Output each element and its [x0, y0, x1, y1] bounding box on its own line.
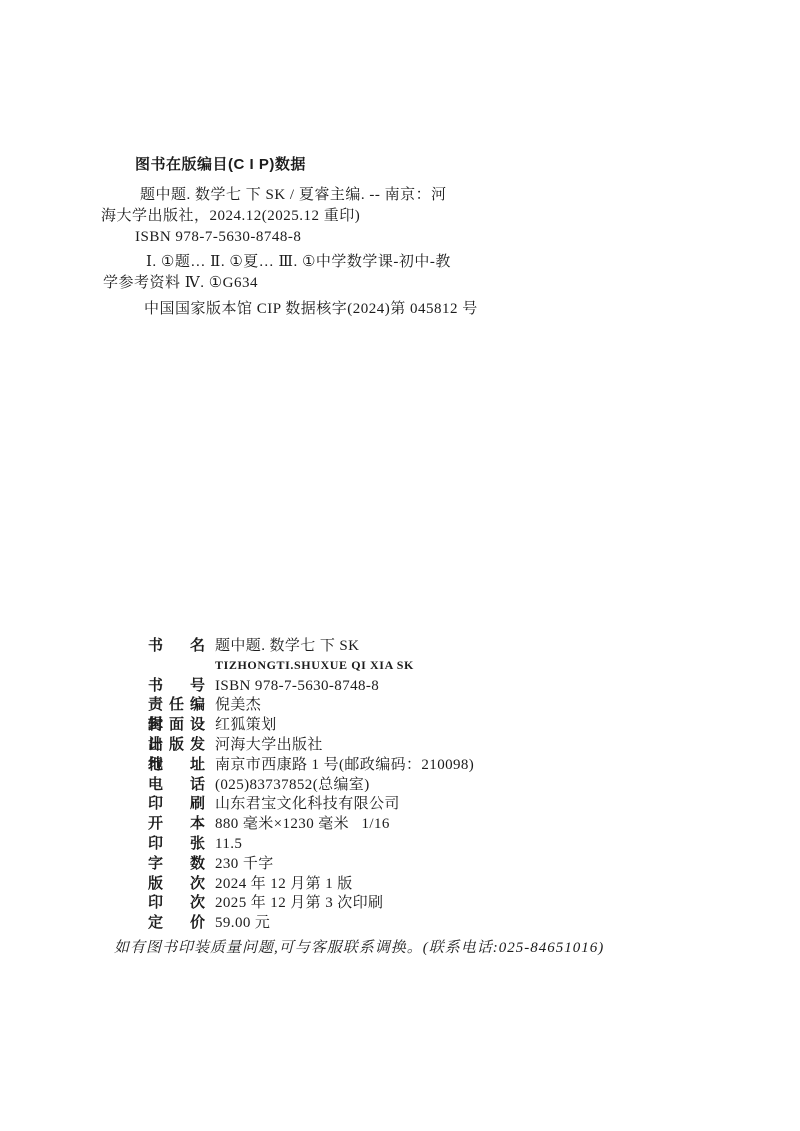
- colophon-label: 字数: [148, 854, 205, 874]
- colophon-row-sheets: 印张 11.5: [148, 834, 708, 854]
- colophon-row-book-title: 书名 题中题. 数学七 下 SK: [148, 636, 708, 656]
- colophon-label: 书名: [148, 636, 205, 656]
- cip-header: 图书在版编目(C I P)数据: [135, 154, 581, 175]
- colophon-value: 2025 年 12 月第 3 次印刷: [215, 894, 383, 914]
- cip-title-line: 题中题. 数学七 下 SK / 夏睿主编. -- 南京：河: [140, 185, 581, 206]
- colophon-value: ISBN 978-7-5630-8748-8: [215, 677, 379, 697]
- colophon-row-address: 地址 南京市西康路 1 号(邮政编码：210098): [148, 755, 708, 775]
- colophon-value: 59.00 元: [215, 914, 270, 934]
- colophon-row-publisher: 出版发行 河海大学出版社: [148, 735, 708, 755]
- colophon-value: (025)83737852(总编室): [215, 776, 370, 796]
- cip-section: 图书在版编目(C I P)数据 题中题. 数学七 下 SK / 夏睿主编. --…: [101, 154, 581, 320]
- cip-publisher-line: 海大学出版社，2024.12(2025.12 重印): [101, 206, 581, 227]
- colophon-value: 2024 年 12 月第 1 版: [215, 875, 353, 895]
- colophon-value: 倪美杰: [215, 696, 261, 716]
- colophon-row-word-count: 字数 230 千字: [148, 854, 708, 874]
- colophon-label: 印次: [148, 893, 205, 913]
- colophon-value: 山东君宝文化科技有限公司: [215, 795, 400, 815]
- colophon-value: TIZHONGTI.SHUXUE QI XIA SK: [215, 656, 414, 676]
- colophon-row-editor: 责任编辑 倪美杰: [148, 695, 708, 715]
- colophon-row-printer: 印刷 山东君宝文化科技有限公司: [148, 794, 708, 814]
- colophon-label: 书号: [148, 676, 205, 696]
- colophon-row-format: 开本 880 毫米×1230 毫米 1/16: [148, 814, 708, 834]
- cip-isbn-line: ISBN 978-7-5630-8748-8: [135, 227, 581, 248]
- colophon-value: 河海大学出版社: [215, 736, 323, 756]
- quality-service-note: 如有图书印装质量问题,可与客服联系调换。(联系电话:025-84651016): [114, 936, 714, 957]
- cip-classification-line-2: 学参考资料 Ⅳ. ①G634: [103, 273, 581, 294]
- colophon-label: 地址: [148, 755, 205, 775]
- colophon-label: 电话: [148, 775, 205, 795]
- colophon-value: 南京市西康路 1 号(邮政编码：210098): [215, 756, 474, 776]
- colophon-row-edition: 版次 2024 年 12 月第 1 版: [148, 874, 708, 894]
- colophon-row-isbn: 书号 ISBN 978-7-5630-8748-8: [148, 676, 708, 696]
- colophon-label: 印刷: [148, 794, 205, 814]
- colophon-value: 红狐策划: [215, 716, 277, 736]
- colophon-row-phone: 电话 (025)83737852(总编室): [148, 775, 708, 795]
- colophon-section: 书名 题中题. 数学七 下 SK TIZHONGTI.SHUXUE QI XIA…: [148, 636, 708, 933]
- cip-classification-line-1: Ⅰ. ①题… Ⅱ. ①夏… Ⅲ. ①中学数学课-初中-教: [146, 252, 581, 273]
- colophon-row-cover-design: 封面设计 红狐策划: [148, 715, 708, 735]
- colophon-row-impression: 印次 2025 年 12 月第 3 次印刷: [148, 893, 708, 913]
- copyright-page: 图书在版编目(C I P)数据 题中题. 数学七 下 SK / 夏睿主编. --…: [0, 0, 800, 1131]
- colophon-value: 230 千字: [215, 855, 274, 875]
- colophon-label: 定价: [148, 913, 205, 933]
- colophon-row-price: 定价 59.00 元: [148, 913, 708, 933]
- colophon-value: 11.5: [215, 835, 242, 855]
- colophon-label: 印张: [148, 834, 205, 854]
- colophon-label: 开本: [148, 814, 205, 834]
- colophon-row-book-title-pinyin: TIZHONGTI.SHUXUE QI XIA SK: [148, 656, 708, 676]
- cip-record-number-line: 中国国家版本馆 CIP 数据核字(2024)第 045812 号: [144, 299, 581, 320]
- colophon-label: 版次: [148, 874, 205, 894]
- colophon-value: 880 毫米×1230 毫米 1/16: [215, 815, 390, 835]
- colophon-value: 题中题. 数学七 下 SK: [215, 637, 359, 657]
